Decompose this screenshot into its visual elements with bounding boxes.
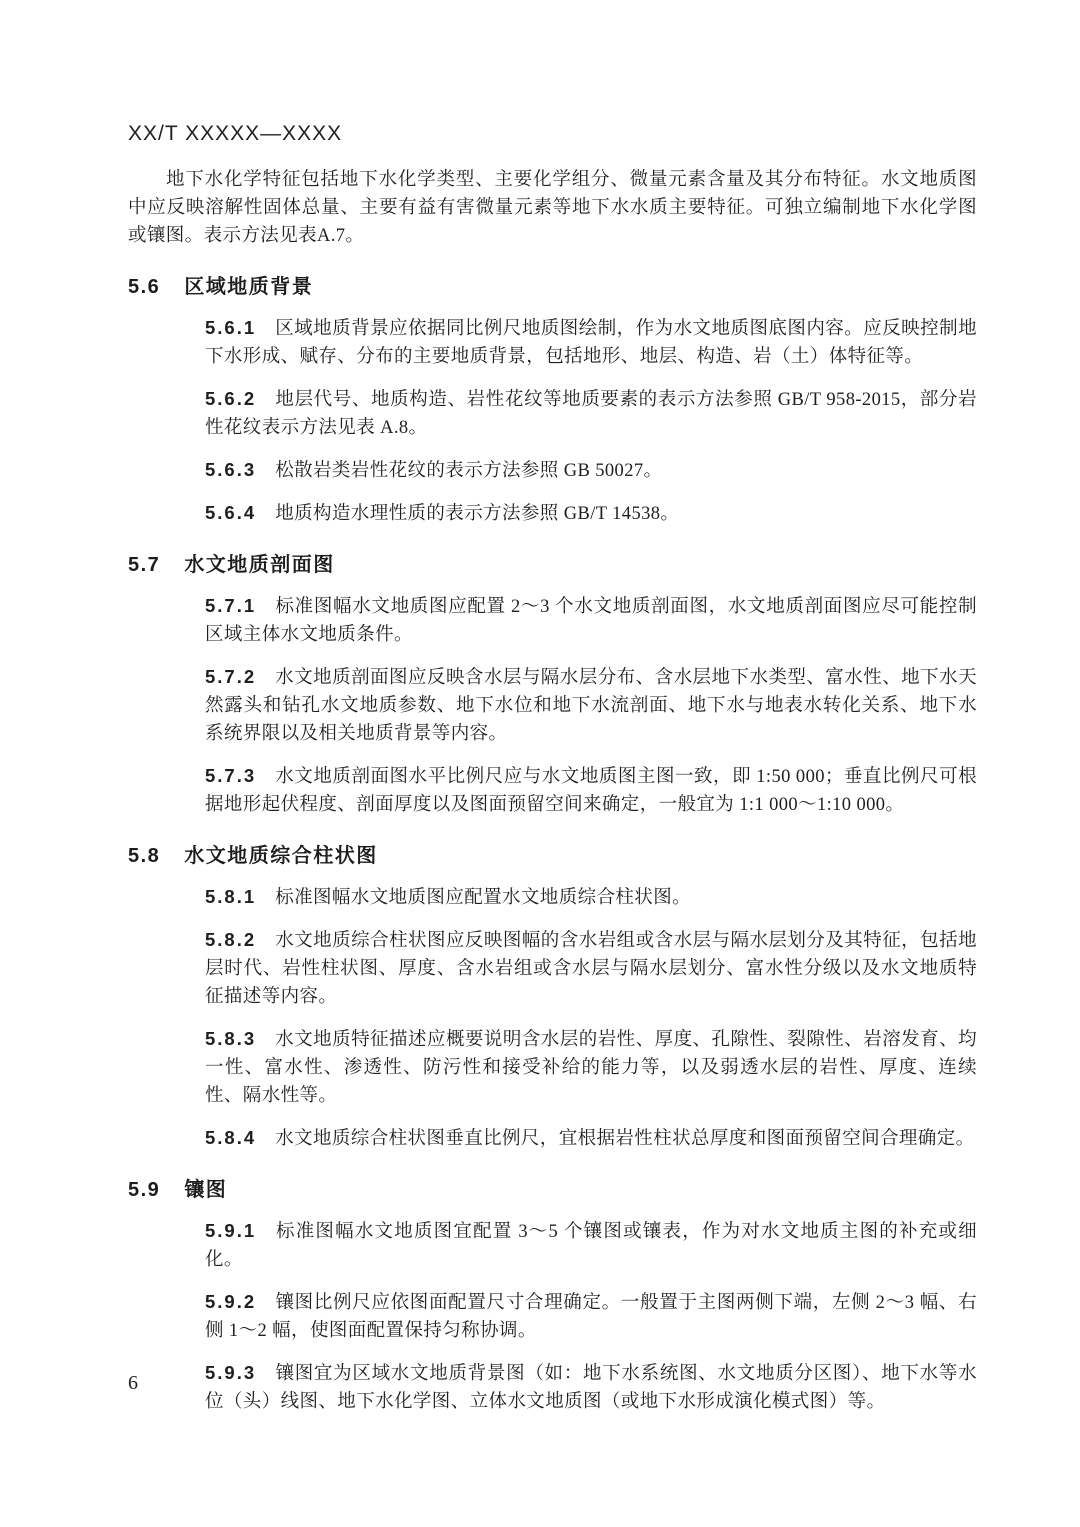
clause-number: 5.9.1 <box>205 1220 256 1241</box>
clause-number: 5.6.3 <box>205 459 256 480</box>
clause-number: 5.8.3 <box>205 1028 256 1049</box>
clause-5-8-2: 5.8.2 水文地质综合柱状图应反映图幅的含水岩组或含水层与隔水层划分及其特征，… <box>205 926 977 1011</box>
clause-number: 5.6.1 <box>205 317 256 338</box>
clause-text: 松散岩类岩性花纹的表示方法参照 GB 50027。 <box>275 461 662 481</box>
clause-number: 5.8.1 <box>205 886 256 907</box>
clause-text: 区域地质背景应依据同比例尺地质图绘制，作为水文地质图底图内容。应反映控制地下水形… <box>205 319 977 367</box>
clause-5-9-2: 5.9.2 镶图比例尺应依图面配置尺寸合理确定。一般置于主图两侧下端，左侧 2～… <box>205 1288 977 1345</box>
section-title: 镶图 <box>184 1177 227 1203</box>
clause-number: 5.6.4 <box>205 502 256 523</box>
clause-5-9-1: 5.9.1 标准图幅水文地质图宜配置 3～5 个镶图或镶表，作为对水文地质主图的… <box>205 1217 977 1274</box>
clause-text: 标准图幅水文地质图宜配置 3～5 个镶图或镶表，作为对水文地质主图的补充或细化。 <box>205 1222 977 1270</box>
clause-5-6-4: 5.6.4 地质构造水理性质的表示方法参照 GB/T 14538。 <box>205 499 977 528</box>
section-heading-5-9: 5.9 镶图 <box>128 1177 977 1203</box>
section-heading-5-8: 5.8 水文地质综合柱状图 <box>128 843 977 869</box>
clause-number: 5.6.2 <box>205 388 256 409</box>
clause-5-9-3: 5.9.3 镶图宜为区域水文地质背景图（如：地下水系统图、水文地质分区图）、地下… <box>205 1359 977 1416</box>
clause-text: 水文地质综合柱状图垂直比例尺，宜根据岩性柱状总厚度和图面预留空间合理确定。 <box>275 1129 974 1149</box>
intro-paragraph: 地下水化学特征包括地下水化学类型、主要化学组分、微量元素含量及其分布特征。水文地… <box>128 166 977 250</box>
section-title: 水文地质综合柱状图 <box>184 843 378 869</box>
clause-text: 镶图比例尺应依图面配置尺寸合理确定。一般置于主图两侧下端，左侧 2～3 幅、右侧… <box>205 1293 977 1341</box>
clause-5-7-3: 5.7.3 水文地质剖面图水平比例尺应与水文地质图主图一致，即 1:50 000… <box>205 762 977 819</box>
clause-text: 标准图幅水文地质图应配置水文地质综合柱状图。 <box>275 888 691 908</box>
document-code-header: XX/T XXXXX—XXXX <box>128 122 977 146</box>
section-number: 5.7 <box>128 552 160 578</box>
clause-text: 地层代号、地质构造、岩性花纹等地质要素的表示方法参照 GB/T 958-2015… <box>205 390 977 438</box>
clause-5-6-3: 5.6.3 松散岩类岩性花纹的表示方法参照 GB 50027。 <box>205 456 977 485</box>
clause-number: 5.7.2 <box>205 666 256 687</box>
clause-number: 5.9.2 <box>205 1291 256 1312</box>
clause-5-8-3: 5.8.3 水文地质特征描述应概要说明含水层的岩性、厚度、孔隙性、裂隙性、岩溶发… <box>205 1025 977 1110</box>
clause-5-6-2: 5.6.2 地层代号、地质构造、岩性花纹等地质要素的表示方法参照 GB/T 95… <box>205 385 977 442</box>
clause-number: 5.7.1 <box>205 595 256 616</box>
section-heading-5-7: 5.7 水文地质剖面图 <box>128 552 977 578</box>
clause-5-7-2: 5.7.2 水文地质剖面图应反映含水层与隔水层分布、含水层地下水类型、富水性、地… <box>205 663 977 748</box>
clause-number: 5.7.3 <box>205 765 256 786</box>
clause-text: 水文地质综合柱状图应反映图幅的含水岩组或含水层与隔水层划分及其特征，包括地层时代… <box>205 931 977 1007</box>
clause-number: 5.9.3 <box>205 1362 256 1383</box>
clause-text: 镶图宜为区域水文地质背景图（如：地下水系统图、水文地质分区图）、地下水等水位（头… <box>205 1364 977 1412</box>
clause-text: 水文地质特征描述应概要说明含水层的岩性、厚度、孔隙性、裂隙性、岩溶发育、均一性、… <box>205 1030 977 1106</box>
clause-number: 5.8.4 <box>205 1127 256 1148</box>
clause-5-7-1: 5.7.1 标准图幅水文地质图应配置 2～3 个水文地质剖面图，水文地质剖面图应… <box>205 592 977 649</box>
section-title: 区域地质背景 <box>184 274 313 300</box>
section-title: 水文地质剖面图 <box>184 552 335 578</box>
clause-5-8-1: 5.8.1 标准图幅水文地质图应配置水文地质综合柱状图。 <box>205 883 977 912</box>
clause-text: 标准图幅水文地质图应配置 2～3 个水文地质剖面图，水文地质剖面图应尽可能控制区… <box>205 597 977 645</box>
clause-text: 水文地质剖面图水平比例尺应与水文地质图主图一致，即 1:50 000；垂直比例尺… <box>205 767 977 815</box>
clause-5-8-4: 5.8.4 水文地质综合柱状图垂直比例尺，宜根据岩性柱状总厚度和图面预留空间合理… <box>205 1124 977 1153</box>
page-number: 6 <box>128 1372 138 1395</box>
standard-document-page: XX/T XXXXX—XXXX 地下水化学特征包括地下水化学类型、主要化学组分、… <box>0 0 1080 1527</box>
section-number: 5.9 <box>128 1177 160 1203</box>
clause-number: 5.8.2 <box>205 929 256 950</box>
clause-5-6-1: 5.6.1 区域地质背景应依据同比例尺地质图绘制，作为水文地质图底图内容。应反映… <box>205 314 977 371</box>
section-number: 5.6 <box>128 274 160 300</box>
clause-text: 地质构造水理性质的表示方法参照 GB/T 14538。 <box>275 504 679 524</box>
section-heading-5-6: 5.6 区域地质背景 <box>128 274 977 300</box>
clause-text: 水文地质剖面图应反映含水层与隔水层分布、含水层地下水类型、富水性、地下水天然露头… <box>205 668 977 744</box>
section-number: 5.8 <box>128 843 160 869</box>
